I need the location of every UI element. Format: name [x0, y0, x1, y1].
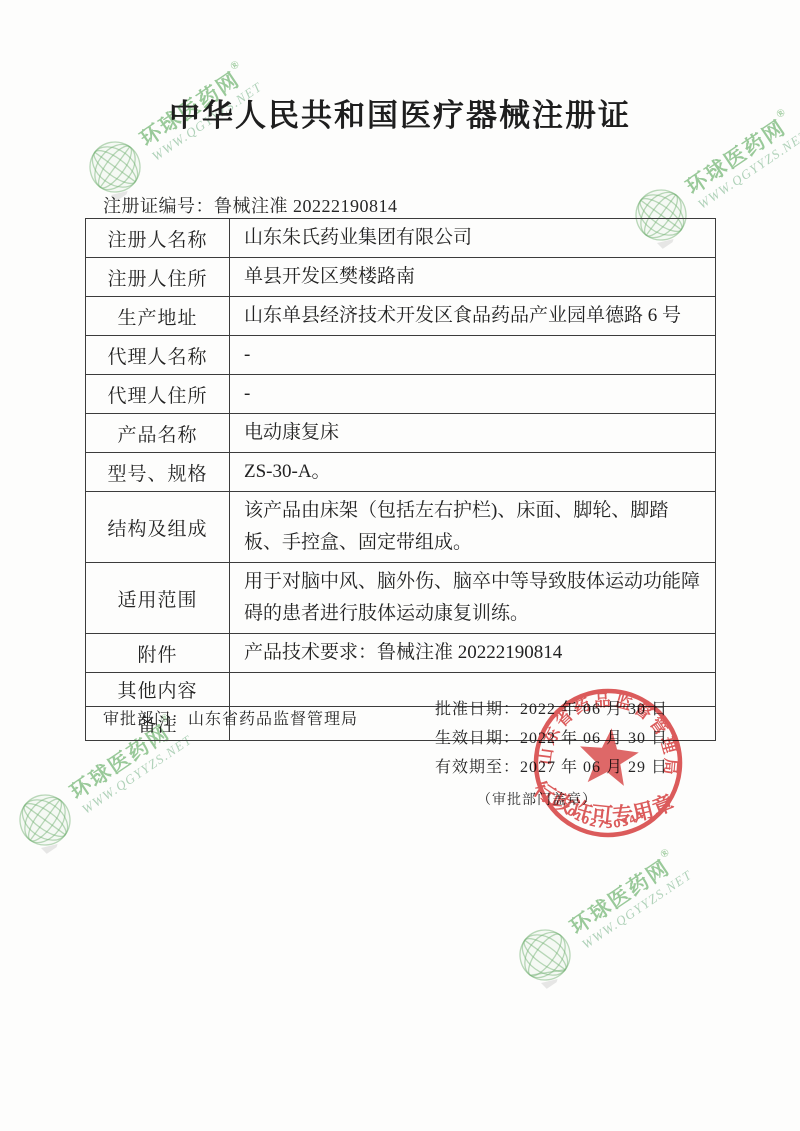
registration-number-value: 鲁械注准 20222190814 — [214, 196, 398, 216]
watermark-url: WWW.QGYYZS.NET — [579, 867, 695, 953]
registration-number-label: 注册证编号： — [103, 196, 214, 216]
row-label: 注册人名称 — [86, 219, 230, 258]
table-row-production-address: 生产地址 山东单县经济技术开发区食品药品产业园单德路 6 号 — [86, 297, 716, 336]
row-label: 型号、规格 — [86, 453, 230, 492]
row-value: ZS-30-A。 — [230, 453, 716, 492]
approval-department-line: 审批部门：山东省药品监督管理局 — [103, 706, 358, 729]
official-seal-stamp: 山东省药品监督管理局 行政许可专用章 3701027503440 — [498, 653, 718, 873]
table-row-product-name: 产品名称 电动康复床 — [86, 414, 716, 453]
row-value: 用于对脑中风、脑外伤、脑卒中等导致肢体运动功能障碍的患者进行肢体运动康复训练。 — [230, 563, 716, 634]
watermark-url: WWW.QGYYZS.NET — [695, 127, 800, 213]
row-value: 电动康复床 — [230, 414, 716, 453]
row-value: - — [230, 336, 716, 375]
registered-mark: ® — [228, 58, 242, 73]
table-row-intended-use: 适用范围 用于对脑中风、脑外伤、脑卒中等导致肢体运动功能障碍的患者进行肢体运动康… — [86, 563, 716, 634]
row-label: 代理人名称 — [86, 336, 230, 375]
certificate-title: 中华人民共和国医疗器械注册证 — [0, 90, 800, 135]
row-label: 代理人住所 — [86, 375, 230, 414]
row-label: 产品名称 — [86, 414, 230, 453]
globe-icon — [505, 915, 586, 996]
row-value: - — [230, 375, 716, 414]
table-row-agent-address: 代理人住所 - — [86, 375, 716, 414]
row-label: 生产地址 — [86, 297, 230, 336]
table-row-agent-name: 代理人名称 - — [86, 336, 716, 375]
row-value: 山东朱氏药业集团有限公司 — [230, 219, 716, 258]
approval-department-label: 审批部门： — [103, 711, 188, 728]
row-label: 适用范围 — [86, 563, 230, 634]
row-label: 结构及组成 — [86, 492, 230, 563]
row-value: 单县开发区樊楼路南 — [230, 258, 716, 297]
row-value: 该产品由床架（包括左右护栏)、床面、脚轮、脚踏板、手控盒、固定带组成。 — [230, 492, 716, 563]
certificate-page: 环球医药网® WWW.QGYYZS.NET 环球医药网® WWW.QGYYZS.… — [0, 0, 800, 1131]
seal-star — [576, 725, 641, 787]
row-label: 附件 — [86, 634, 230, 673]
globe-icon — [5, 780, 86, 861]
table-row-model-spec: 型号、规格 ZS-30-A。 — [86, 453, 716, 492]
row-label: 注册人住所 — [86, 258, 230, 297]
row-label: 其他内容 — [86, 673, 230, 707]
row-value: 山东单县经济技术开发区食品药品产业园单德路 6 号 — [230, 297, 716, 336]
approval-department-value: 山东省药品监督管理局 — [188, 711, 358, 728]
registration-number-line: 注册证编号：鲁械注准 20222190814 — [103, 192, 398, 218]
table-row-structure: 结构及组成 该产品由床架（包括左右护栏)、床面、脚轮、脚踏板、手控盒、固定带组成… — [86, 492, 716, 563]
table-row-registrant-address: 注册人住所 单县开发区樊楼路南 — [86, 258, 716, 297]
watermark-url: WWW.QGYYZS.NET — [79, 732, 195, 818]
table-row-registrant-name: 注册人名称 山东朱氏药业集团有限公司 — [86, 219, 716, 258]
